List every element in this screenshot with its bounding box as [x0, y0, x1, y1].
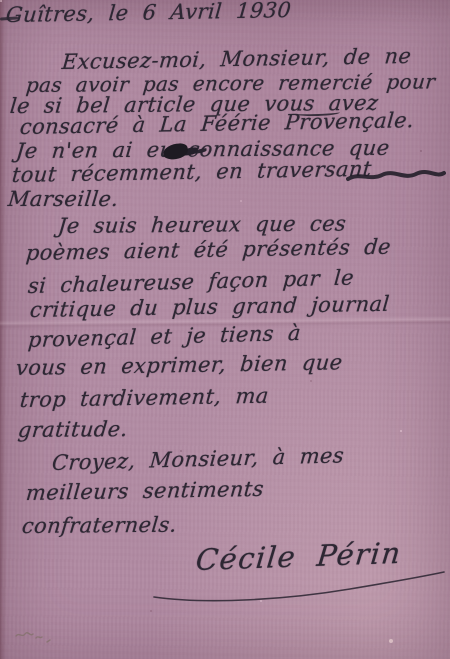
date-line: Guîtres, le 6 Avril 1930 [5, 0, 292, 26]
closing-line: confraternels. [21, 515, 178, 537]
body-line: Excusez-moi, Monsieur, de ne [61, 46, 412, 73]
paper-speckles [0, 0, 2, 2]
letter-page: Guîtres, le 6 Avril 1930 Excusez-moi, Mo… [0, 0, 450, 659]
body-line: trop tardivement, ma [19, 386, 270, 411]
body-line: gratitude. [17, 419, 129, 441]
pencil-notation [13, 622, 61, 648]
strikethrough-mark [346, 166, 446, 186]
closing-line: meilleurs sentiments [25, 479, 265, 504]
closing-line: Croyez, Monsieur, à mes [51, 445, 345, 474]
signature-flourish [150, 563, 448, 605]
body-line: Marseille. [7, 189, 120, 210]
body-line: vous en exprimer, bien que [15, 352, 343, 379]
body-line: consacré à La Féérie Provençale. [19, 110, 415, 138]
body-line: tout récemment, en traversant [11, 159, 373, 186]
body-line: poèmes aient été présentés de [25, 237, 392, 264]
body-line: provençal et je tiens à [27, 323, 302, 351]
body-line: Je suis heureux que ces [57, 213, 347, 237]
